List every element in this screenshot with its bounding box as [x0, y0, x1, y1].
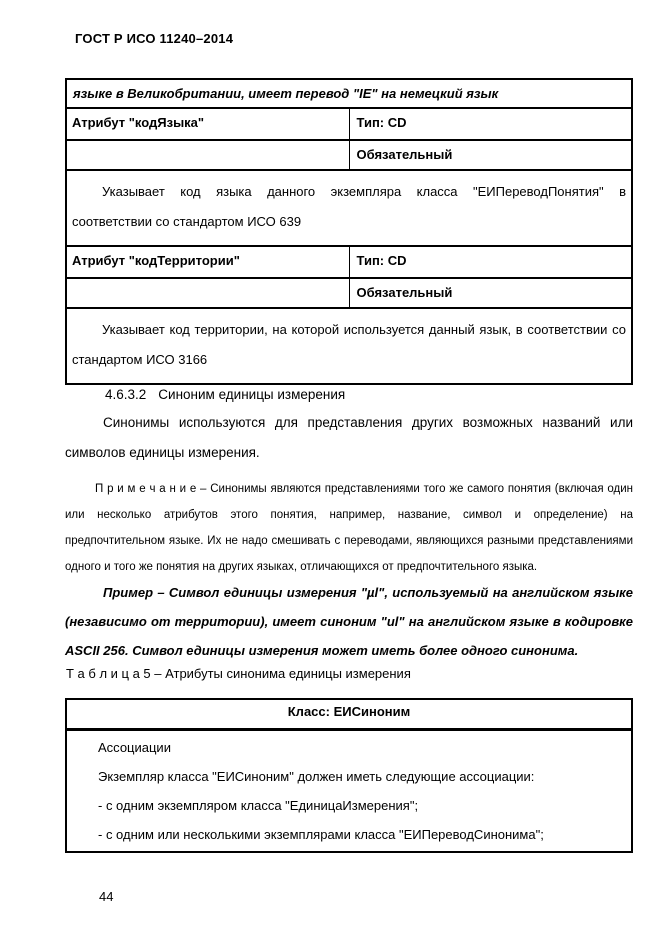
- table-row: Класс: ЕИСиноним: [66, 699, 632, 729]
- association-item: - с одним или несколькими экземплярами к…: [98, 827, 621, 843]
- document-header: ГОСТ Р ИСО 11240–2014: [75, 31, 233, 46]
- empty-cell: [66, 140, 349, 170]
- table-row: Атрибут "кодТерритории" Тип: CD: [66, 246, 632, 278]
- table-row: Указывает код языка данного экземпляра к…: [66, 170, 632, 246]
- synonym-table: Класс: ЕИСиноним Ассоциации Экземпляр кл…: [65, 698, 633, 853]
- associations-cell: Ассоциации Экземпляр класса "ЕИСиноним" …: [66, 729, 632, 852]
- section-note: П р и м е ч а н и е – Синонимы являются …: [65, 476, 633, 580]
- table-row: Атрибут "кодЯзыка" Тип: CD: [66, 108, 632, 140]
- page-number: 44: [99, 889, 113, 904]
- class-header-cell: Класс: ЕИСиноним: [66, 699, 632, 729]
- table-row: Обязательный: [66, 140, 632, 170]
- table-row: Указывает код территории, на которой исп…: [66, 308, 632, 384]
- section-example: Пример – Символ единицы измерения "µl", …: [65, 578, 633, 665]
- document-page: ГОСТ Р ИСО 11240–2014 языке в Великобрит…: [0, 0, 661, 935]
- table-row: Обязательный: [66, 278, 632, 308]
- section-heading: 4.6.3.2Синоним единицы измерения: [65, 387, 633, 402]
- association-item: - с одним экземпляром класса "ЕдиницаИзм…: [98, 798, 621, 814]
- associations-label: Ассоциации: [98, 740, 621, 756]
- section-number: 4.6.3.2: [105, 387, 146, 402]
- table-row: Ассоциации Экземпляр класса "ЕИСиноним" …: [66, 729, 632, 852]
- attribute-cardinality-cell: Обязательный: [349, 140, 632, 170]
- section-paragraph: Синонимы используются для представления …: [65, 408, 633, 468]
- table-row: языке в Великобритании, имеет перевод "I…: [66, 79, 632, 108]
- continuation-text-cell: языке в Великобритании, имеет перевод "I…: [66, 79, 632, 108]
- table5-caption: Т а б л и ц а 5 – Атрибуты синонима един…: [66, 666, 634, 681]
- attribute-table: языке в Великобритании, имеет перевод "I…: [65, 78, 633, 385]
- attribute-name-cell: Атрибут "кодЯзыка": [66, 108, 349, 140]
- section-title: Синоним единицы измерения: [158, 387, 345, 402]
- associations-intro: Экземпляр класса "ЕИСиноним" должен имет…: [98, 769, 621, 785]
- attribute-type-cell: Тип: CD: [349, 246, 632, 278]
- attribute-name-cell: Атрибут "кодТерритории": [66, 246, 349, 278]
- attribute-type-cell: Тип: CD: [349, 108, 632, 140]
- empty-cell: [66, 278, 349, 308]
- attribute-cardinality-cell: Обязательный: [349, 278, 632, 308]
- attribute-description-cell: Указывает код языка данного экземпляра к…: [66, 170, 632, 246]
- attribute-description-cell: Указывает код территории, на которой исп…: [66, 308, 632, 384]
